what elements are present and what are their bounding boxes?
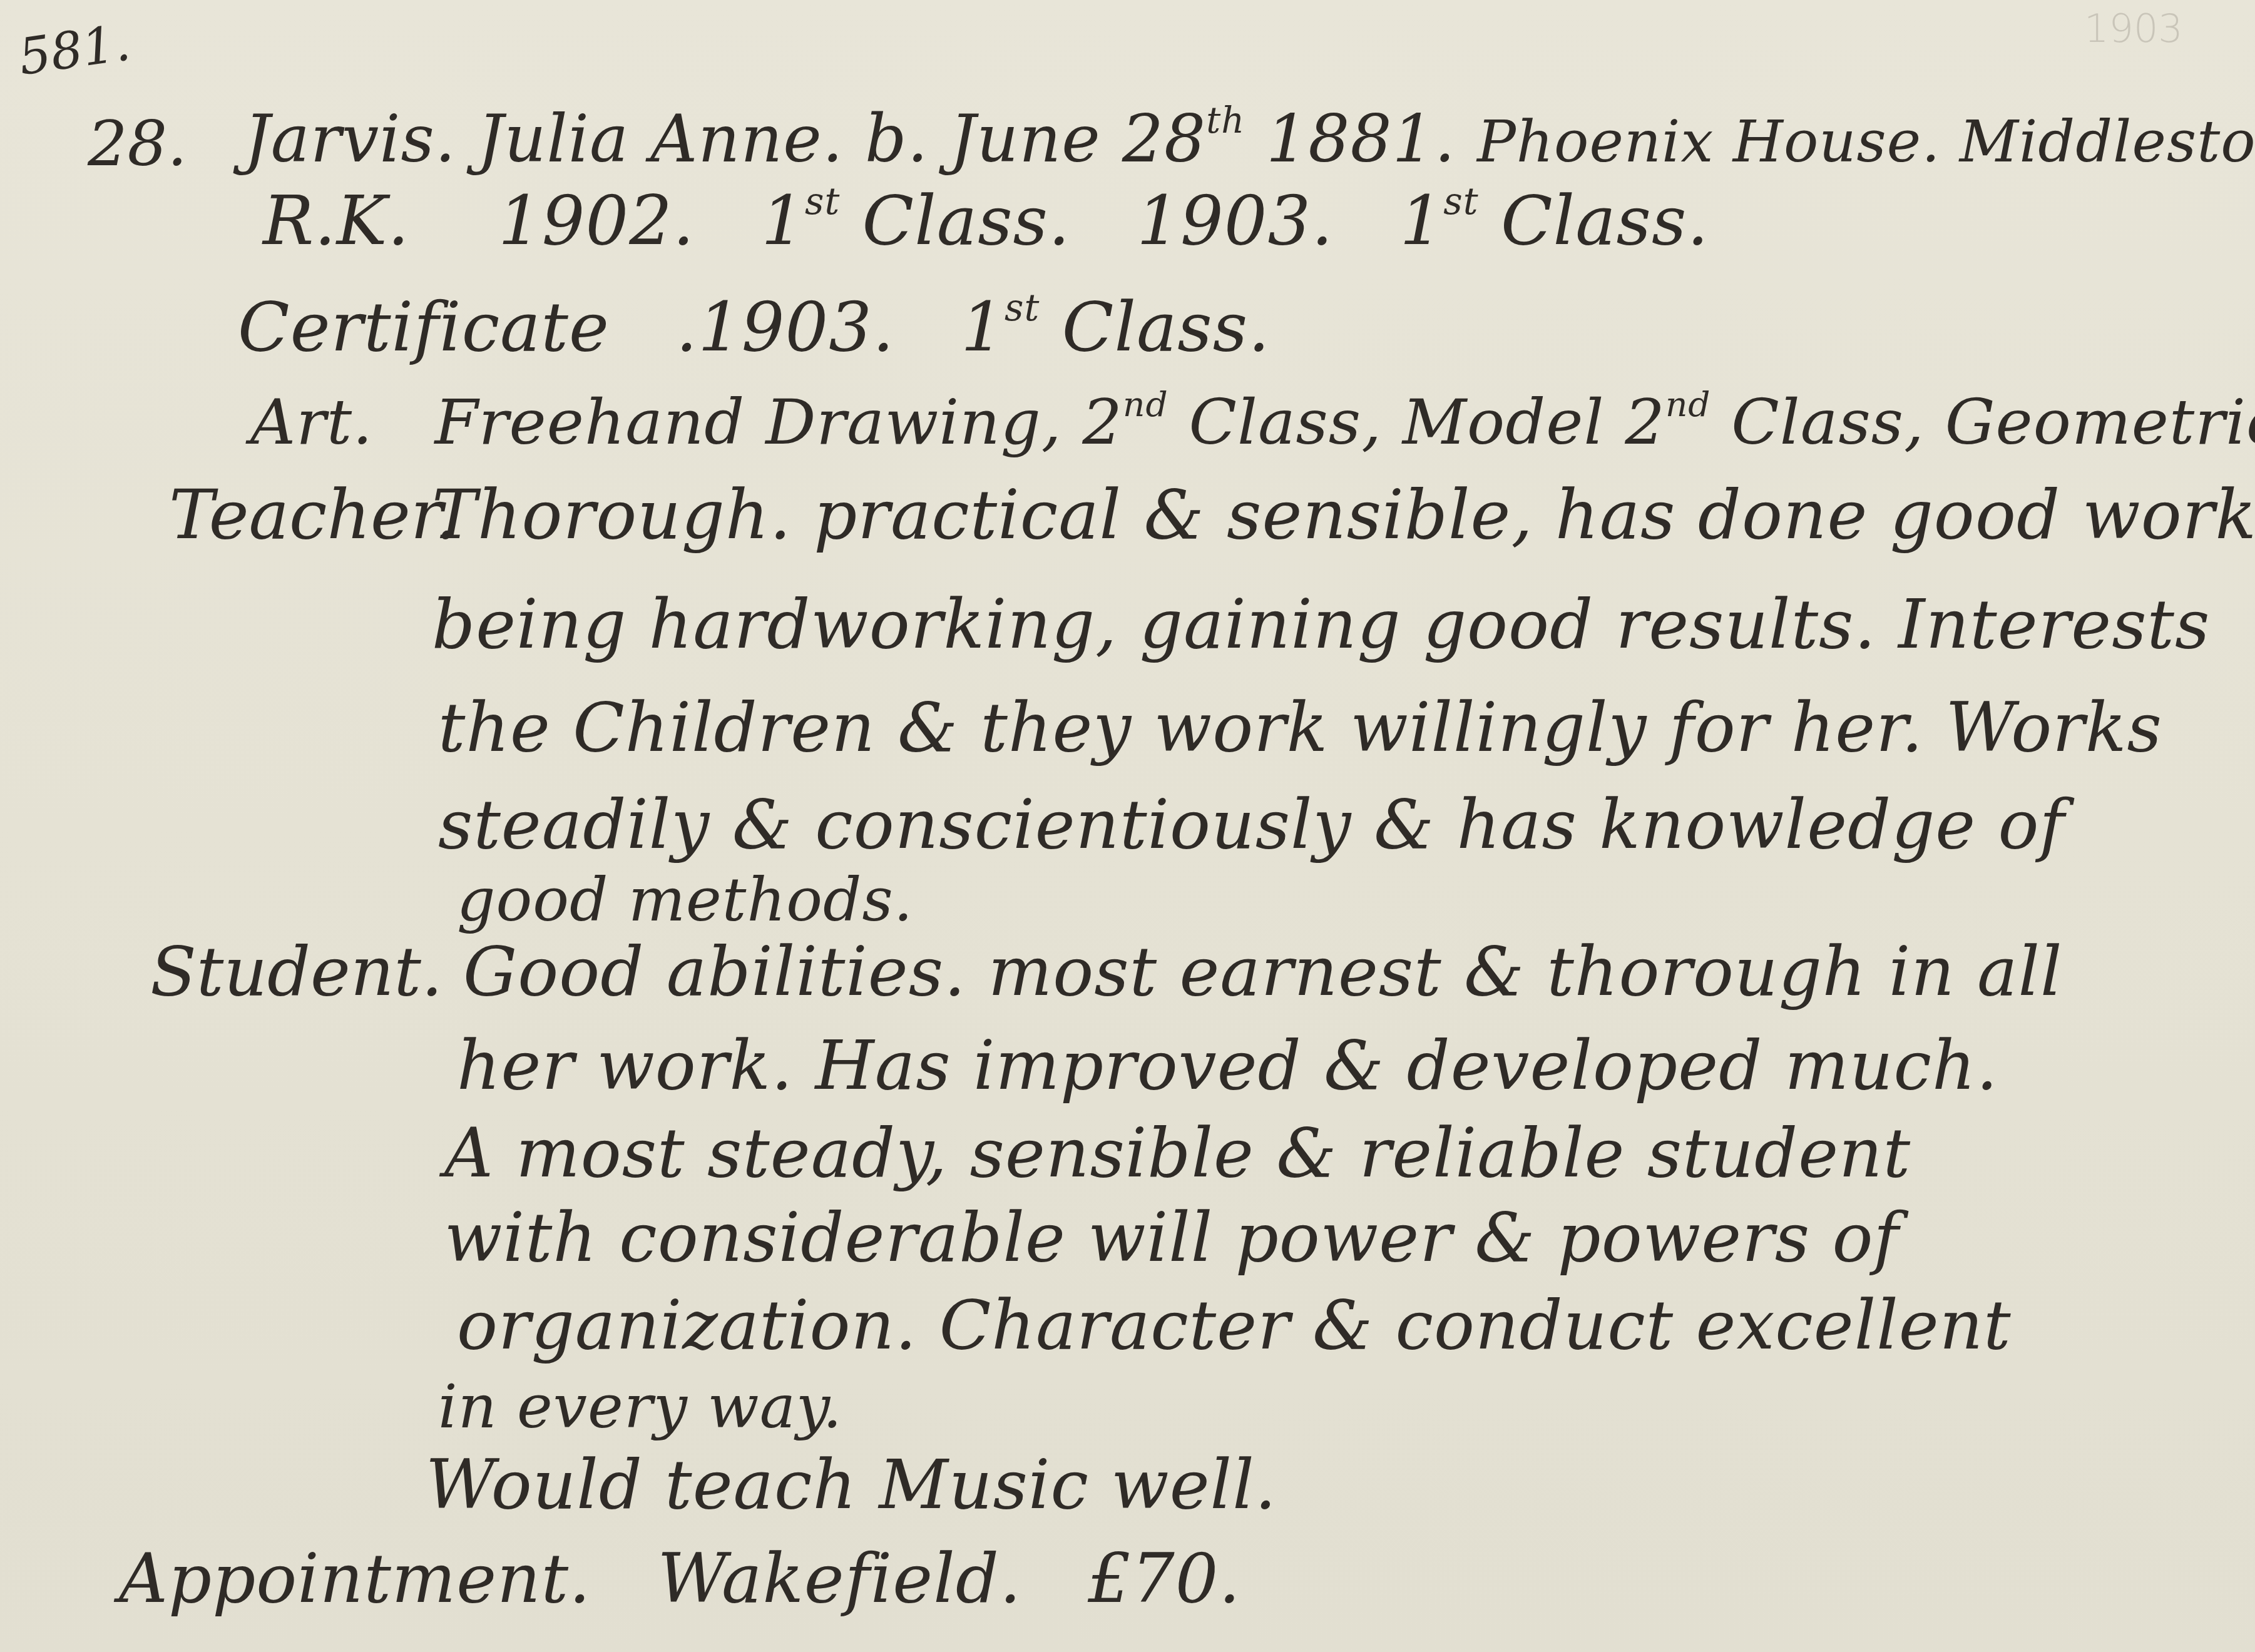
home-address: Phoenix House. Middlestown, Wakefield. <box>1477 108 2255 175</box>
student-line-5: organization. Character & conduct excell… <box>457 1292 2012 1360</box>
register-page: 581. 1903 28. Jarvis. Julia Anne. b. Jun… <box>0 0 2255 1652</box>
exam-year-1: 1902. <box>498 182 695 260</box>
pencil-year-annotation: 1903 <box>2084 9 2183 48</box>
student-line-6: in every way. <box>438 1377 842 1437</box>
header-line-1: Jarvis. Julia Anne. b. June 28th 1881. P… <box>244 106 2255 171</box>
teacher-line-4: steadily & conscientiously & has knowled… <box>438 792 2065 859</box>
exam-year-2: 1903. <box>1137 182 1333 260</box>
art-line: Art. Freehand Drawing, 2nd Class, Model … <box>250 391 2255 454</box>
appointment-line: Appointment. Wakefield. £70. <box>119 1546 1241 1613</box>
teacher-line-3: the Children & they work willingly for h… <box>438 695 2162 762</box>
entry-number: 28. <box>88 113 187 175</box>
exam-label: R.K. <box>263 182 410 260</box>
appointment-salary: £70. <box>1088 1540 1240 1618</box>
certificate-year: .1903. <box>676 288 895 367</box>
exam-class-1: 1st Class. <box>761 182 1070 260</box>
student-line-2: her work. Has improved & developed much. <box>457 1032 1998 1100</box>
teacher-line-2: being hardworking, gaining good results.… <box>432 591 2210 659</box>
birth-year: 1881. <box>1266 101 1456 177</box>
student-name: Jarvis. Julia Anne. <box>244 101 844 177</box>
student-line-4: with considerable will power & powers of <box>444 1205 1900 1272</box>
appointment-label: Appointment. <box>119 1540 591 1618</box>
teacher-line-5: good methods. <box>457 870 913 930</box>
exam-class-2: 1st Class. <box>1400 182 1709 260</box>
art-label: Art. <box>250 385 373 459</box>
birth-date: b. June 28th <box>865 101 1245 177</box>
teacher-line-1: Thorough. practical & sensible, has done… <box>432 482 2255 549</box>
student-line-7: Would teach Music well. <box>426 1452 1277 1519</box>
header-line-2: R.K. 1902. 1st Class. 1903. 1st Class. <box>263 188 1709 255</box>
art-details: Freehand Drawing, 2nd Class, Model 2nd C… <box>434 385 2255 459</box>
folio-number: 581. <box>16 18 133 83</box>
student-label: Student. <box>150 939 442 1006</box>
certificate-line: Certificate .1903. 1st Class. <box>238 294 1271 362</box>
teacher-label: Teacher. <box>169 482 457 549</box>
student-line-1: Good abilities. most earnest & thorough … <box>463 939 2063 1006</box>
appointment-place: Wakefield. <box>657 1540 1021 1618</box>
certificate-label: Certificate <box>238 288 610 367</box>
student-line-3: A most steady, sensible & reliable stude… <box>444 1120 1911 1188</box>
certificate-class: 1st Class. <box>961 288 1270 367</box>
